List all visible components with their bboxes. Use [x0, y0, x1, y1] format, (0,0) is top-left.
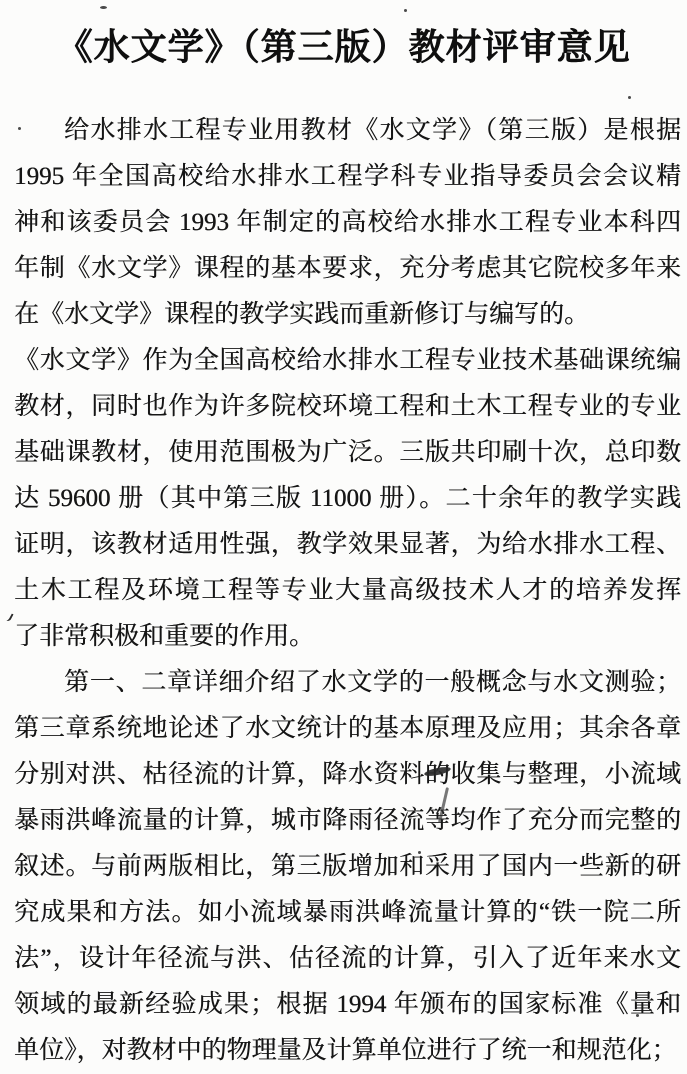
- scan-speck: [636, 1014, 639, 1017]
- text-line: 分别对洪、枯径流的计算，降水资料的收集与整理，小流域: [14, 752, 681, 798]
- text-line: 了非常积极和重要的作用。: [14, 614, 681, 660]
- scan-speck: [418, 851, 421, 854]
- text-line: 领域的最新经验成果；根据 1994 年颁布的国家标准《量和: [14, 982, 681, 1028]
- text-line: 土木工程及环境工程等专业大量高级技术人才的培养发挥: [14, 568, 681, 614]
- text-line: 年制《水文学》课程的基本要求，充分考虑其它院校多年来: [14, 246, 681, 292]
- scan-speck: [404, 9, 407, 12]
- paragraph-usage: 《水文学》作为全国高校给水排水工程专业技术基础课统编 教材，同时也作为许多院校环…: [14, 338, 681, 660]
- text-line: 叙述。与前两版相比，第三版增加和采用了国内一些新的研: [14, 844, 681, 890]
- text-line: 究成果和方法。如小流域暴雨洪峰流量计算的“铁一院二所: [14, 890, 681, 936]
- text-line: 给水排水工程专业用教材《水文学》（第三版）是根据: [14, 108, 681, 154]
- text-line: 神和该委员会 1993 年制定的高校给水排水工程专业本科四: [14, 200, 681, 246]
- text-line: 《水文学》作为全国高校给水排水工程专业技术基础课统编: [14, 338, 681, 384]
- scan-speck: [628, 96, 631, 99]
- text-line: 单位》，对教材中的物理量及计算单位进行了统一和规范化；: [14, 1028, 681, 1074]
- paragraph-intro: 给水排水工程专业用教材《水文学》（第三版）是根据 1995 年全国高校给水排水工…: [14, 108, 681, 338]
- text-line: 法”，设计年径流与洪、估径流的计算，引入了近年来水文: [14, 936, 681, 982]
- scanned-document-page: 《水文学》（第三版）教材评审意见 给水排水工程专业用教材《水文学》（第三版）是根…: [0, 0, 687, 1074]
- text-line: 在《水文学》课程的教学实践而重新修订与编写的。: [14, 292, 681, 338]
- text-line: 证明，该教材适用性强，教学效果显著，为给水排水工程、: [14, 522, 681, 568]
- scan-speck: [100, 6, 107, 9]
- text-line: 教材，同时也作为许多院校环境工程和土木工程专业的专业: [14, 384, 681, 430]
- paragraph-content-review: 第一、二章详细介绍了水文学的一般概念与水文测验； 第三章系统地论述了水文统计的基…: [14, 660, 681, 1074]
- document-body: 给水排水工程专业用教材《水文学》（第三版）是根据 1995 年全国高校给水排水工…: [0, 72, 687, 1074]
- scan-speck: [18, 127, 21, 130]
- text-line: 暴雨洪峰流量的计算，城市降雨径流等均作了充分而完整的: [14, 798, 681, 844]
- text-line: 达 59600 册（其中第三版 11000 册）。二十余年的教学实践: [14, 476, 681, 522]
- scan-speck: [160, 214, 163, 216]
- text-line: 第三章系统地论述了水文统计的基本原理及应用；其余各章: [14, 706, 681, 752]
- text-line: 1995 年全国高校给水排水工程学科专业指导委员会会议精: [14, 154, 681, 200]
- text-line: 基础课教材，使用范围极为广泛。三版共印刷十次，总印数: [14, 430, 681, 476]
- document-title: 《水文学》（第三版）教材评审意见: [8, 22, 679, 72]
- text-line: 第一、二章详细介绍了水文学的一般概念与水文测验；: [14, 660, 681, 706]
